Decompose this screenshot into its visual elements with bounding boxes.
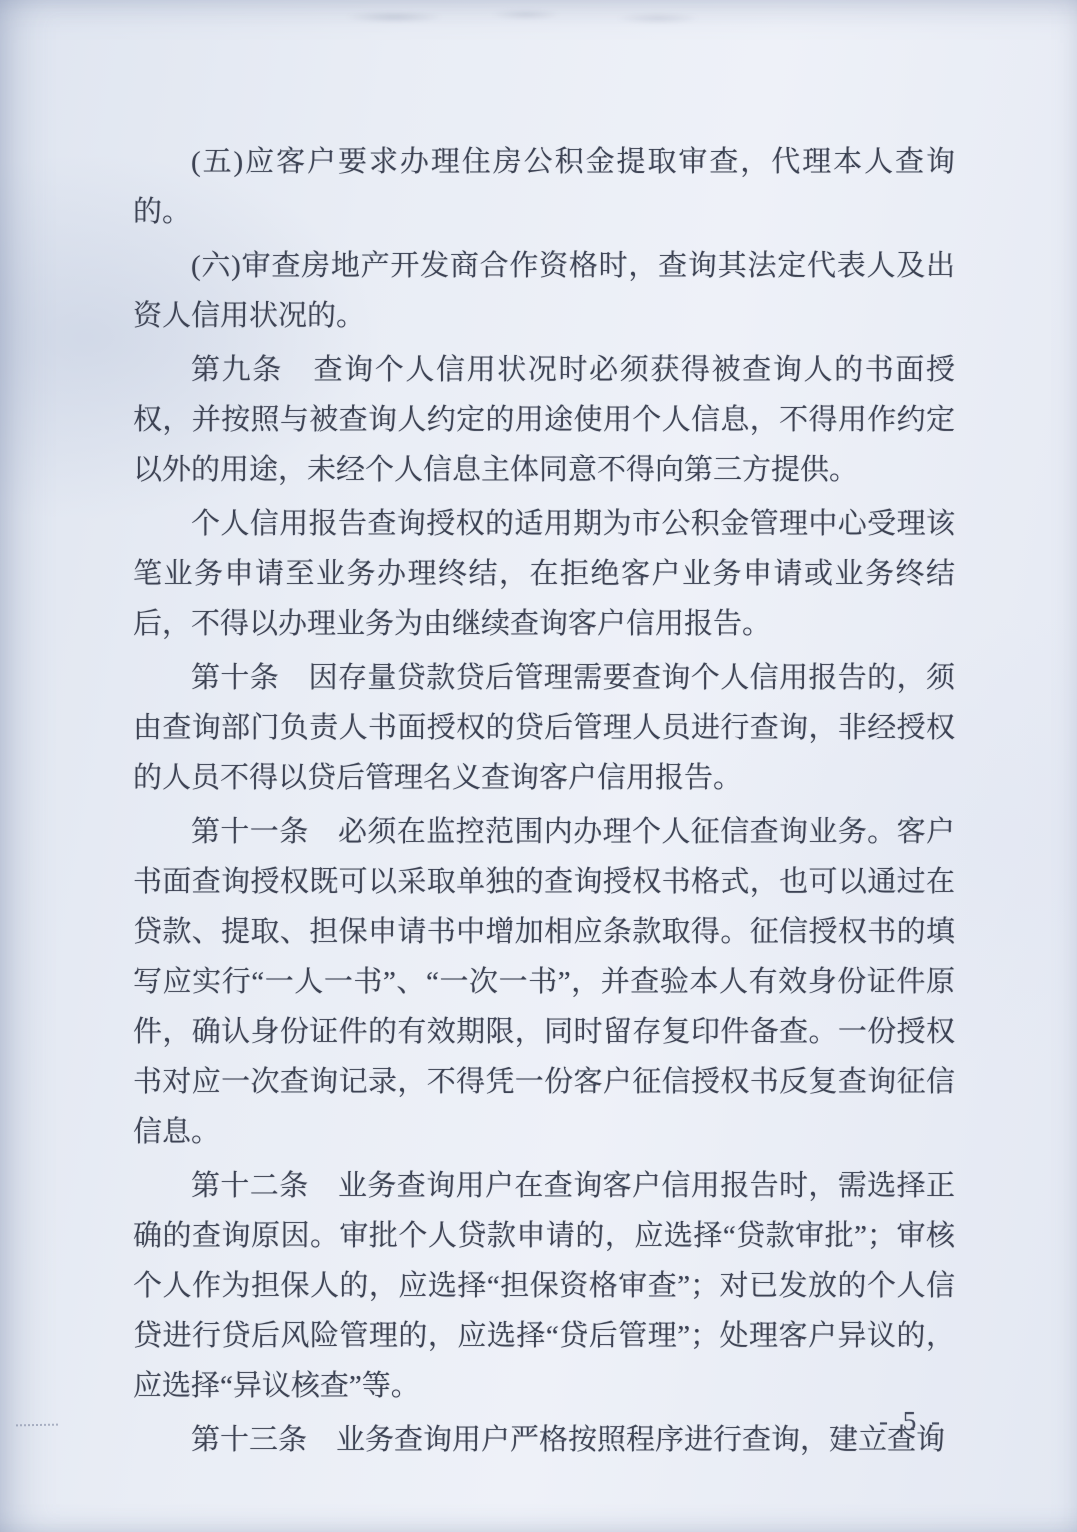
paragraph-clause-6: (六)审查房地产开发商合作资格时，查询其法定代表人及出资人信用状况的。: [133, 241, 955, 341]
paragraph-article-11: 第十一条 必须在监控范围内办理个人征信查询业务。客户书面查询授权既可以采取单独的…: [133, 807, 955, 1157]
page-number: - 5 -: [879, 1406, 944, 1437]
scan-scratch-artifact: [16, 1424, 58, 1427]
document-body: (五)应客户要求办理住房公积金提取审查，代理本人查询的。 (六)审查房地产开发商…: [133, 137, 955, 1469]
paragraph-clause-5: (五)应客户要求办理住房公积金提取审查，代理本人查询的。: [133, 137, 955, 237]
paragraph-article-9-cont: 个人信用报告查询授权的适用期为市公积金管理中心受理该笔业务申请至业务办理终结，在…: [133, 499, 955, 649]
paragraph-article-9: 第九条 查询个人信用状况时必须获得被查询人的书面授权，并按照与被查询人约定的用途…: [133, 345, 955, 495]
paragraph-article-13: 第十三条 业务查询用户严格按照程序进行查询，建立查询: [133, 1415, 955, 1465]
paragraph-article-12: 第十二条 业务查询用户在查询客户信用报告时，需选择正确的查询原因。审批个人贷款申…: [133, 1161, 955, 1411]
scan-bleedthrough-artifact: [328, 5, 768, 29]
paragraph-article-10: 第十条 因存量贷款贷后管理需要查询个人信用报告的，须由查询部门负责人书面授权的贷…: [133, 653, 955, 803]
document-page: (五)应客户要求办理住房公积金提取审查，代理本人查询的。 (六)审查房地产开发商…: [0, 0, 1077, 1532]
